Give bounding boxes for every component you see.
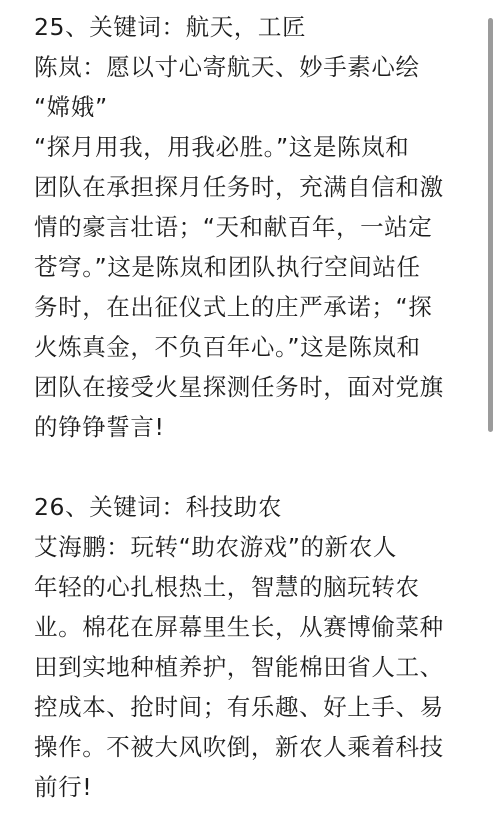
section-26: 26、关键词：科技助农 艾海鹏：玩转“助农游戏”的新农人 年轻的心扎根热土，智慧…: [34, 487, 476, 807]
paragraph-line: 的铮铮誓言!: [34, 407, 476, 447]
section-heading: 25、关键词：航天，工匠: [34, 7, 476, 47]
paragraph-line: 操作。不被大风吹倒，新农人乘着科技: [34, 727, 476, 767]
paragraph-line: 火炼真金，不负百年心。”这是陈岚和: [34, 327, 476, 367]
paragraph-line: 控成本、抢时间；有乐趣、好上手、易: [34, 687, 476, 727]
paragraph-line: 业。棉花在屏幕里生长，从赛博偷菜种: [34, 607, 476, 647]
paragraph-line: 前行!: [34, 767, 476, 807]
paragraph-line: 年轻的心扎根热土，智慧的脑玩转农: [34, 567, 476, 607]
section-spacer: [34, 447, 476, 487]
paragraph-line: 苍穹。”这是陈岚和团队执行空间站任: [34, 247, 476, 287]
scrollbar-thumb[interactable]: [488, 18, 493, 432]
person-title: 陈岚：愿以寸心寄航天、妙手素心绘: [34, 47, 476, 87]
person-title: 艾海鹏：玩转“助农游戏”的新农人: [34, 527, 476, 567]
paragraph-line: 团队在接受火星探测任务时，面对党旗: [34, 367, 476, 407]
article-body: 25、关键词：航天，工匠 陈岚：愿以寸心寄航天、妙手素心绘 “嫦娥” “探月用我…: [34, 7, 476, 807]
section-25: 25、关键词：航天，工匠 陈岚：愿以寸心寄航天、妙手素心绘 “嫦娥” “探月用我…: [34, 7, 476, 447]
person-title-continued: “嫦娥”: [34, 87, 476, 127]
paragraph-line: 务时，在出征仪式上的庄严承诺；“探: [34, 287, 476, 327]
paragraph-line: 团队在承担探月任务时，充满自信和激: [34, 167, 476, 207]
paragraph-line: 情的豪言壮语；“天和献百年，一站定: [34, 207, 476, 247]
paragraph-line: 田到实地种植养护，智能棉田省人工、: [34, 647, 476, 687]
paragraph-line: “探月用我，用我必胜。”这是陈岚和: [34, 127, 476, 167]
section-heading: 26、关键词：科技助农: [34, 487, 476, 527]
